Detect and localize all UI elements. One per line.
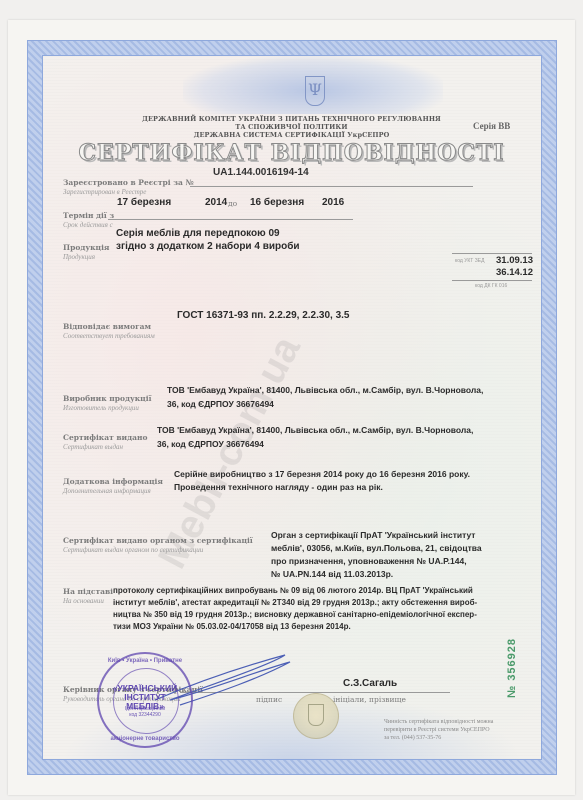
valid-to-year: 2016 bbox=[322, 196, 344, 209]
issuing-body-line-4: № UA.PN.144 від 11.03.2013р. bbox=[271, 569, 393, 580]
manufacturer-label-ru: Изготовитель продукции bbox=[63, 404, 139, 412]
product-line-1: Серія меблів для передпокою 09 bbox=[116, 227, 280, 240]
requirements-value: ГОСТ 16371-93 пп. 2.2.29, 2.2.30, 3.5 bbox=[177, 309, 349, 322]
issuing-body-line-2: меблів', 03056, м.Київ, вул.Польова, 21,… bbox=[271, 543, 482, 554]
stamp-id-code: код 32344290 bbox=[109, 712, 181, 718]
issued-to-label-ru: Сертификат выдан bbox=[63, 443, 123, 451]
issuing-body-label: Сертифікат видано органом з сертифікації bbox=[63, 536, 253, 545]
verification-note: Чинність сертифіката відповідності можна… bbox=[384, 718, 493, 742]
serial-number: № 356928 bbox=[506, 638, 518, 698]
validity-label-ru: Срок действия с bbox=[63, 221, 113, 229]
additional-info-line-1: Серійне виробництво з 17 березня 2014 ро… bbox=[174, 469, 470, 480]
registry-label: Зареєстровано в Реєстрі за № bbox=[63, 178, 194, 187]
product-label-ru: Продукция bbox=[63, 253, 95, 261]
certification-system: ДЕРЖАВНА СИСТЕМА СЕРТИФІКАЦІЇ УкрСЕПРО bbox=[0, 131, 583, 139]
valid-to-date: 16 березня bbox=[250, 196, 304, 209]
product-code-line-top bbox=[452, 253, 532, 254]
certificate-title: СЕРТИФІКАТ ВІДПОВІДНОСТІ bbox=[0, 140, 583, 166]
validity-line bbox=[108, 219, 353, 220]
valid-to-word: до bbox=[228, 199, 237, 208]
manufacturer-label: Виробник продукції bbox=[63, 394, 151, 403]
basis-line-4: тизи МОЗ України № 05.03.02-04/17058 від… bbox=[113, 621, 351, 632]
requirements-label: Відповідає вимогам bbox=[63, 322, 151, 331]
verification-note-line-3: за тел. (044) 537-35-76 bbox=[384, 734, 493, 742]
issuing-body-line-1: Орган з сертифікації ПрАТ 'Український і… bbox=[271, 530, 475, 541]
validity-label: Термін дії з bbox=[63, 211, 114, 220]
basis-label-ru: На основании bbox=[63, 597, 104, 605]
issuing-body-label-ru: Сертификат выдан органом по сертификации bbox=[63, 546, 203, 554]
organization-stamp: Київ • Україна • Приватне акціонерне тов… bbox=[97, 652, 193, 748]
registry-label-ru: Зарегистрирован в Реестре bbox=[63, 188, 146, 196]
manufacturer-line-1: ТОВ 'Ембавуд Україна', 81400, Львівська … bbox=[167, 385, 483, 396]
product-code-label-bottom: код ДК ГК 016 bbox=[475, 283, 507, 289]
additional-info-label-ru: Дополнительная информация bbox=[63, 487, 151, 495]
basis-line-1: протоколу сертифікаційних випробувань № … bbox=[113, 585, 473, 596]
product-code-line-bottom bbox=[452, 280, 532, 281]
basis-label: На підставі bbox=[63, 587, 113, 596]
registry-line bbox=[190, 186, 473, 187]
product-code-1: 31.09.13 bbox=[470, 255, 533, 266]
issued-to-label: Сертифікат видано bbox=[63, 433, 147, 442]
stamp-sub-text: Ідентифікаційний код 32344290 bbox=[109, 706, 181, 718]
issued-to-line-2: 36, код ЄДРПОУ 36676494 bbox=[157, 439, 264, 450]
stamp-ring-top: Київ • Україна • Приватне bbox=[99, 658, 191, 664]
name-caption: ініціали, прізвище bbox=[333, 695, 406, 704]
basis-line-3: ництва № 350 від 19 грудня 2013р.; висно… bbox=[113, 609, 477, 620]
series-label: Серія BB bbox=[473, 121, 510, 131]
product-line-2: згідно з додатком 2 набори 4 вироби bbox=[116, 240, 300, 253]
additional-info-line-2: Проведення технічного нагляду - один раз… bbox=[174, 482, 383, 493]
stamp-ring-bottom: акціонерне товариство bbox=[99, 736, 191, 742]
verification-note-line-2: перевірити в Реєстрі системи УкрСЕПРО bbox=[384, 726, 493, 734]
manufacturer-line-2: 36, код ЄДРПОУ 36676494 bbox=[167, 399, 274, 410]
product-label: Продукція bbox=[63, 243, 109, 252]
product-code-2: 36.14.12 bbox=[470, 267, 533, 278]
additional-info-label: Додаткова інформація bbox=[63, 477, 163, 486]
coat-of-arms-icon: Ψ bbox=[305, 76, 325, 106]
valid-from-date: 17 березня bbox=[117, 196, 171, 209]
requirements-label-ru: Соответствует требованиям bbox=[63, 332, 155, 340]
issuing-body-line-3: про призначення, уповноваження № UA.P.14… bbox=[271, 556, 467, 567]
valid-from-year: 2014 bbox=[205, 196, 227, 209]
issued-to-line-1: ТОВ 'Ембавуд Україна', 81400, Львівська … bbox=[157, 425, 473, 436]
signatory-name: С.З.Сагаль bbox=[343, 677, 397, 690]
certificate-number: UA1.144.0016194-14 bbox=[213, 167, 309, 178]
basis-line-2: інститут меблів', атестат акредитації № … bbox=[113, 597, 477, 608]
verification-note-line-1: Чинність сертифіката відповідності можна bbox=[384, 718, 493, 726]
